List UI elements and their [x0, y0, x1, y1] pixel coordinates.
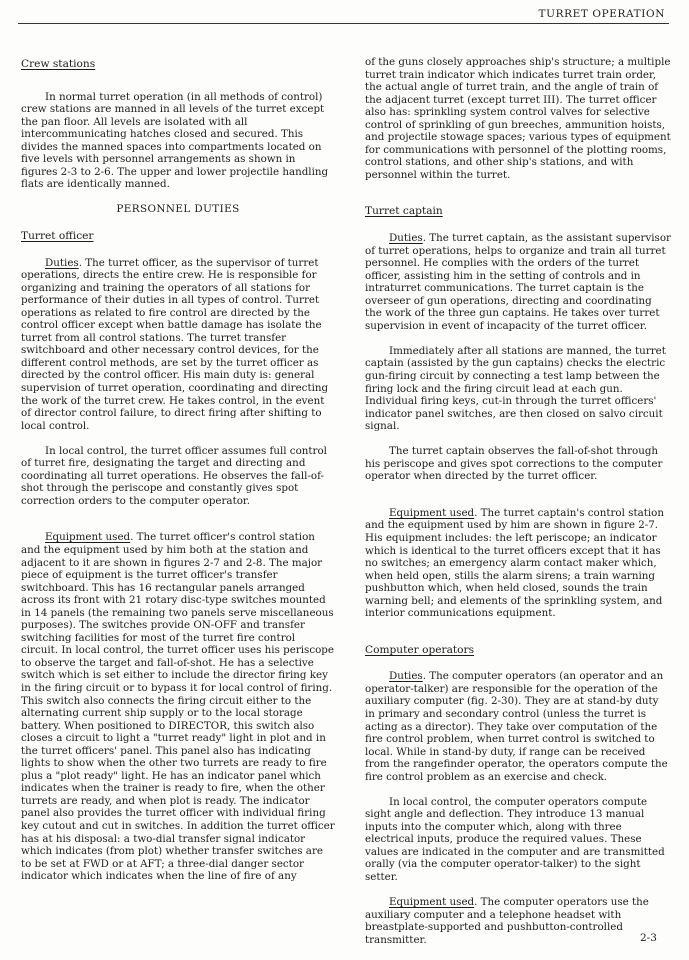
section-computer-operators: Computer operators Duties. The computer … [365, 644, 671, 946]
turret-captain-observes-paragraph: The turret captain observes the fall-of-… [365, 445, 671, 483]
equipment-text: . The turret officer's control station a… [21, 531, 335, 882]
equipment-label: Equipment used [389, 507, 474, 519]
computer-operators-equipment-paragraph: Equipment used. The computer operators u… [365, 896, 671, 946]
turret-captain-duties-paragraph: Duties. The turret captain, as the assis… [365, 232, 671, 332]
turret-officer-duties-paragraph: Duties. The turret officer, as the super… [21, 257, 335, 433]
duties-text: . The turret captain, as the assistant s… [365, 232, 671, 332]
section-heading-turret-officer: Turret officer [21, 230, 93, 243]
personnel-duties-heading: PERSONNEL DUTIES [21, 203, 335, 216]
section-heading-crew-stations: Crew stations [21, 58, 95, 71]
header-title: TURRET OPERATION [539, 8, 665, 20]
equipment-label: Equipment used [389, 896, 474, 908]
header-divider [18, 23, 669, 24]
duties-text: . The computer operators (an operator an… [365, 670, 668, 782]
duties-label: Duties [45, 257, 79, 269]
turret-captain-immediately-paragraph: Immediately after all stations are manne… [365, 345, 671, 433]
computer-operators-duties-paragraph: Duties. The computer operators (an opera… [365, 670, 671, 783]
turret-captain-equipment-paragraph: Equipment used. The turret captain's con… [365, 507, 671, 620]
turret-officer-local-control-paragraph: In local control, the turret officer ass… [21, 445, 335, 508]
section-crew-stations: Crew stations In normal turret operation… [21, 58, 335, 191]
equipment-label: Equipment used [45, 531, 130, 543]
section-heading-turret-captain: Turret captain [365, 205, 443, 218]
section-turret-captain: Turret captain Duties. The turret captai… [365, 205, 671, 619]
duties-label: Duties [389, 232, 423, 244]
equipment-text: . The turret captain's control station a… [365, 507, 664, 619]
duties-text: . The turret officer, as the supervisor … [21, 257, 328, 432]
duties-label: Duties [389, 670, 423, 682]
turret-officer-equipment-paragraph: Equipment used. The turret officer's con… [21, 531, 335, 882]
crew-stations-paragraph: In normal turret operation (in all metho… [21, 91, 335, 191]
computer-operators-local-control-paragraph: In local control, the computer operators… [365, 796, 671, 884]
right-column: of the guns closely approaches ship's st… [365, 56, 671, 959]
section-heading-computer-operators: Computer operators [365, 644, 474, 657]
left-column: Crew stations In normal turret operation… [21, 58, 335, 895]
turret-officer-continuation-paragraph: of the guns closely approaches ship's st… [365, 56, 671, 181]
page-number: 2-3 [640, 932, 657, 944]
section-turret-officer: Turret officer Duties. The turret office… [21, 230, 335, 883]
